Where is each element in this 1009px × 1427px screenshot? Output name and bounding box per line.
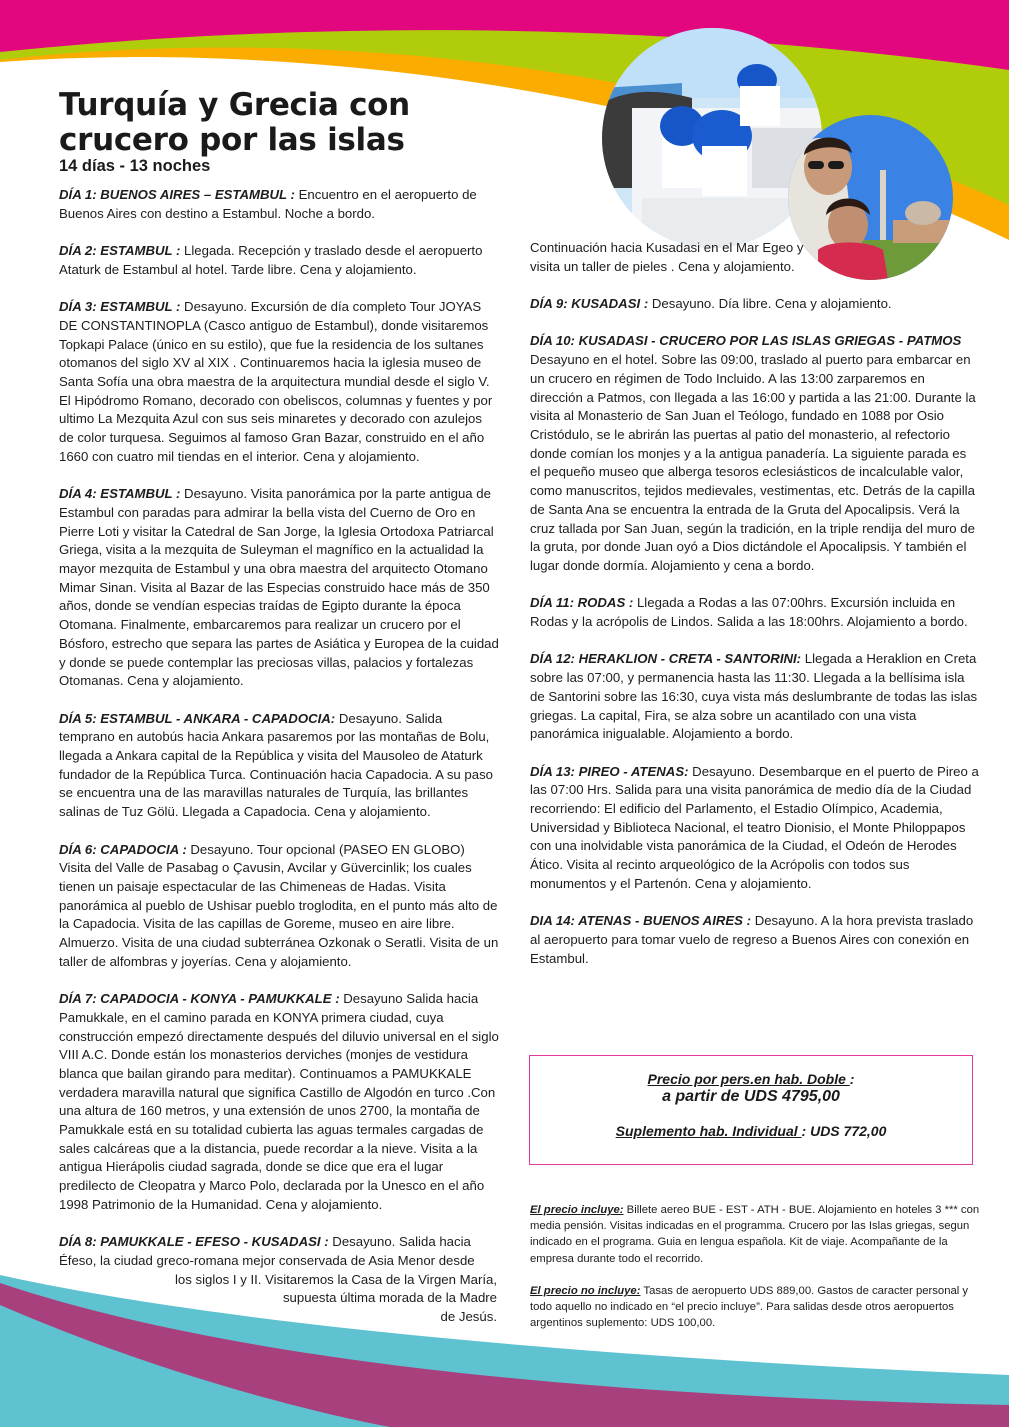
day-heading: DIA 14: ATENAS - BUENOS AIRES :: [530, 913, 751, 928]
itinerary-right-column: Continuación hacia Kusadasi en el Mar Eg…: [530, 239, 980, 987]
day-4: DÍA 4: ESTAMBUL : Desayuno. Visita panor…: [59, 485, 499, 691]
day-heading: DÍA 11: RODAS :: [530, 595, 633, 610]
title-line-1: Turquía y Grecia con: [59, 88, 410, 123]
day-8-tail-line-3: de Jesús.: [59, 1308, 497, 1327]
day-11: DÍA 11: RODAS : Llegada a Rodas a las 07…: [530, 594, 980, 631]
day-text: Desayuno. Salida temprano en autobús hac…: [59, 711, 493, 820]
day-14: DIA 14: ATENAS - BUENOS AIRES : Desayuno…: [530, 912, 980, 968]
day-13: DÍA 13: PIREO - ATENAS: Desayuno. Desemb…: [530, 763, 980, 894]
day-text: Desayuno. Visita panorámica por la parte…: [59, 486, 499, 688]
day-2: DÍA 2: ESTAMBUL : Llegada. Recepción y t…: [59, 242, 499, 279]
day-heading: DÍA 1: BUENOS AIRES – ESTAMBUL :: [59, 187, 295, 202]
excludes-label: El precio no incluye:: [530, 1285, 640, 1297]
trip-duration: 14 días - 13 noches: [59, 157, 210, 176]
day-text: Desayuno. Desembarque en el puerto de Pi…: [530, 764, 979, 891]
day-heading: DÍA 9: KUSADASI :: [530, 296, 648, 311]
day-7: DÍA 7: CAPADOCIA - KONYA - PAMUKKALE : D…: [59, 990, 499, 1214]
day-heading: DÍA 5: ESTAMBUL - ANKARA - CAPADOCIA:: [59, 711, 335, 726]
single-supplement-value: : UDS 772,00: [802, 1123, 887, 1139]
day-text: Desayuno en el hotel. Sobre las 09:00, t…: [530, 352, 976, 573]
day-9: DÍA 9: KUSADASI : Desayuno. Día libre. C…: [530, 295, 980, 314]
day-text: Desayuno. Tour opcional (PASEO EN GLOBO)…: [59, 842, 498, 969]
double-room-price-value: a partir de UDS 4795,00: [530, 1088, 972, 1106]
itinerary-left-column: DÍA 1: BUENOS AIRES – ESTAMBUL : Encuent…: [59, 186, 499, 1327]
price-notes: El precio incluye: Billete aereo BUE - E…: [530, 1202, 980, 1347]
day-heading: DÍA 13: PIREO - ATENAS:: [530, 764, 689, 779]
day-heading: DÍA 4: ESTAMBUL :: [59, 486, 180, 501]
day-text: Desayuno Salida hacia Pamukkale, en el c…: [59, 991, 499, 1212]
price-includes: El precio incluye: Billete aereo BUE - E…: [530, 1202, 980, 1267]
single-supplement-label: Suplemento hab. Individual: [616, 1123, 802, 1139]
day-10: DÍA 10: KUSADASI - CRUCERO POR LAS ISLAS…: [530, 332, 980, 575]
day-5: DÍA 5: ESTAMBUL - ANKARA - CAPADOCIA: De…: [59, 710, 499, 822]
day-8-tail-line-1: los siglos I y II. Visitaremos la Casa d…: [59, 1271, 497, 1290]
price-box: Precio por pers.en hab. Doble : a partir…: [529, 1055, 973, 1165]
double-room-label: Precio por pers.en hab. Doble: [648, 1071, 850, 1087]
day-6: DÍA 6: CAPADOCIA : Desayuno. Tour opcion…: [59, 841, 499, 972]
day-heading: DÍA 2: ESTAMBUL :: [59, 243, 180, 258]
day-heading: DÍA 7: CAPADOCIA - KONYA - PAMUKKALE :: [59, 991, 340, 1006]
day-heading: DÍA 6: CAPADOCIA :: [59, 842, 187, 857]
day-8-tail-line-2: supuesta última morada de la Madre: [59, 1289, 497, 1308]
day-heading: DÍA 8: PAMUKKALE - EFESO - KUSADASI :: [59, 1234, 329, 1249]
day-1: DÍA 1: BUENOS AIRES – ESTAMBUL : Encuent…: [59, 186, 499, 223]
page-title: Turquía y Grecia con crucero por las isl…: [59, 88, 410, 158]
double-room-colon: :: [850, 1071, 855, 1087]
day-heading: DÍA 3: ESTAMBUL :: [59, 299, 180, 314]
day-heading: DÍA 10: KUSADASI - CRUCERO POR LAS ISLAS…: [530, 332, 980, 351]
price-excludes: El precio no incluye: Tasas de aeropuert…: [530, 1283, 980, 1332]
day-heading: DÍA 12: HERAKLION - CRETA - SANTORINI:: [530, 651, 801, 666]
includes-label: El precio incluye:: [530, 1204, 624, 1216]
day-8-continuation: Continuación hacia Kusadasi en el Mar Eg…: [530, 239, 820, 276]
day-8: DÍA 8: PAMUKKALE - EFESO - KUSADASI : De…: [59, 1233, 499, 1270]
double-room-price-label: Precio por pers.en hab. Doble :: [530, 1071, 972, 1087]
title-line-2: crucero por las islas: [59, 123, 410, 158]
day-12: DÍA 12: HERAKLION - CRETA - SANTORINI: L…: [530, 650, 980, 744]
single-supplement: Suplemento hab. Individual : UDS 772,00: [530, 1123, 972, 1139]
day-8-tail: los siglos I y II. Visitaremos la Casa d…: [59, 1271, 497, 1327]
day-3: DÍA 3: ESTAMBUL : Desayuno. Excursión de…: [59, 298, 499, 466]
day-text: Desayuno. Día libre. Cena y alojamiento.: [648, 296, 891, 311]
day-text: Desayuno. Excursión de día completo Tour…: [59, 299, 492, 464]
